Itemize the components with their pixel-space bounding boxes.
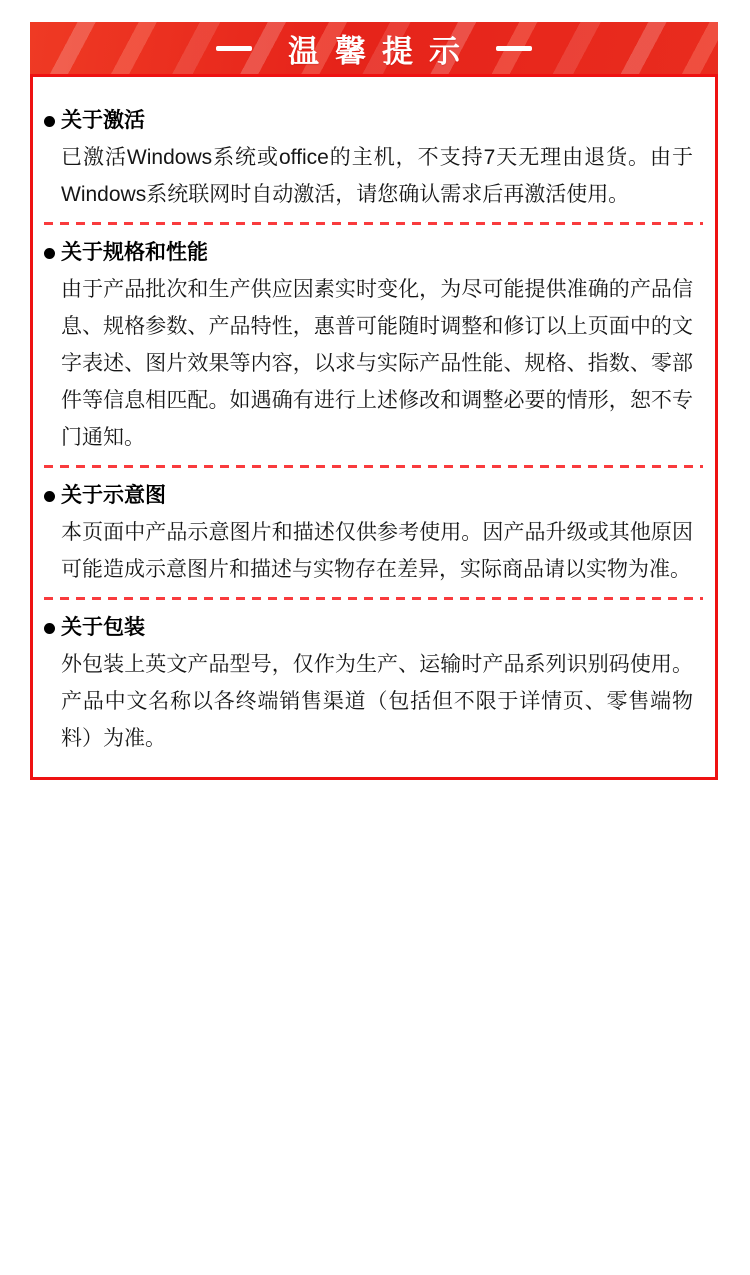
section-heading-label: 关于规格和性能 bbox=[61, 241, 208, 264]
bullet-icon bbox=[44, 491, 55, 502]
notice-box: 关于激活 已激活Windows系统或office的主机，不支持7天无理由退货。由… bbox=[30, 74, 718, 780]
section-body: 已激活Windows系统或office的主机，不支持7天无理由退货。由于Wind… bbox=[61, 139, 693, 213]
page: { "title": "温馨提示", "colors": { "banner_r… bbox=[0, 0, 750, 1275]
dashed-divider bbox=[44, 465, 703, 468]
section-heading-label: 关于包装 bbox=[61, 616, 145, 639]
section-activation: 关于激活 已激活Windows系统或office的主机，不支持7天无理由退货。由… bbox=[61, 109, 693, 213]
section-body: 由于产品批次和生产供应因素实时变化，为尽可能提供准确的产品信息、规格参数、产品特… bbox=[61, 271, 693, 456]
section-heading: 关于包装 bbox=[61, 616, 693, 640]
section-specs-performance: 关于规格和性能 由于产品批次和生产供应因素实时变化，为尽可能提供准确的产品信息、… bbox=[61, 241, 693, 456]
section-heading-label: 关于示意图 bbox=[61, 484, 166, 507]
section-body: 外包装上英文产品型号，仅作为生产、运输时产品系列识别码使用。产品中文名称以各终端… bbox=[61, 646, 693, 757]
bullet-icon bbox=[44, 248, 55, 259]
section-heading: 关于规格和性能 bbox=[61, 241, 693, 265]
section-heading-label: 关于激活 bbox=[61, 109, 145, 132]
section-heading: 关于激活 bbox=[61, 109, 693, 133]
title-dash-right-icon bbox=[496, 46, 532, 51]
title-dash-left-icon bbox=[216, 46, 252, 51]
dashed-divider bbox=[44, 222, 703, 225]
bullet-icon bbox=[44, 623, 55, 634]
warm-tips-banner: 温馨提示 bbox=[30, 22, 718, 74]
section-heading: 关于示意图 bbox=[61, 484, 693, 508]
section-body: 本页面中产品示意图片和描述仅供参考使用。因产品升级或其他原因可能造成示意图片和描… bbox=[61, 514, 693, 588]
section-packaging: 关于包装 外包装上英文产品型号，仅作为生产、运输时产品系列识别码使用。产品中文名… bbox=[61, 616, 693, 757]
dashed-divider bbox=[44, 597, 703, 600]
section-illustrations: 关于示意图 本页面中产品示意图片和描述仅供参考使用。因产品升级或其他原因可能造成… bbox=[61, 484, 693, 588]
bullet-icon bbox=[44, 116, 55, 127]
page-title: 温馨提示 bbox=[272, 26, 476, 71]
